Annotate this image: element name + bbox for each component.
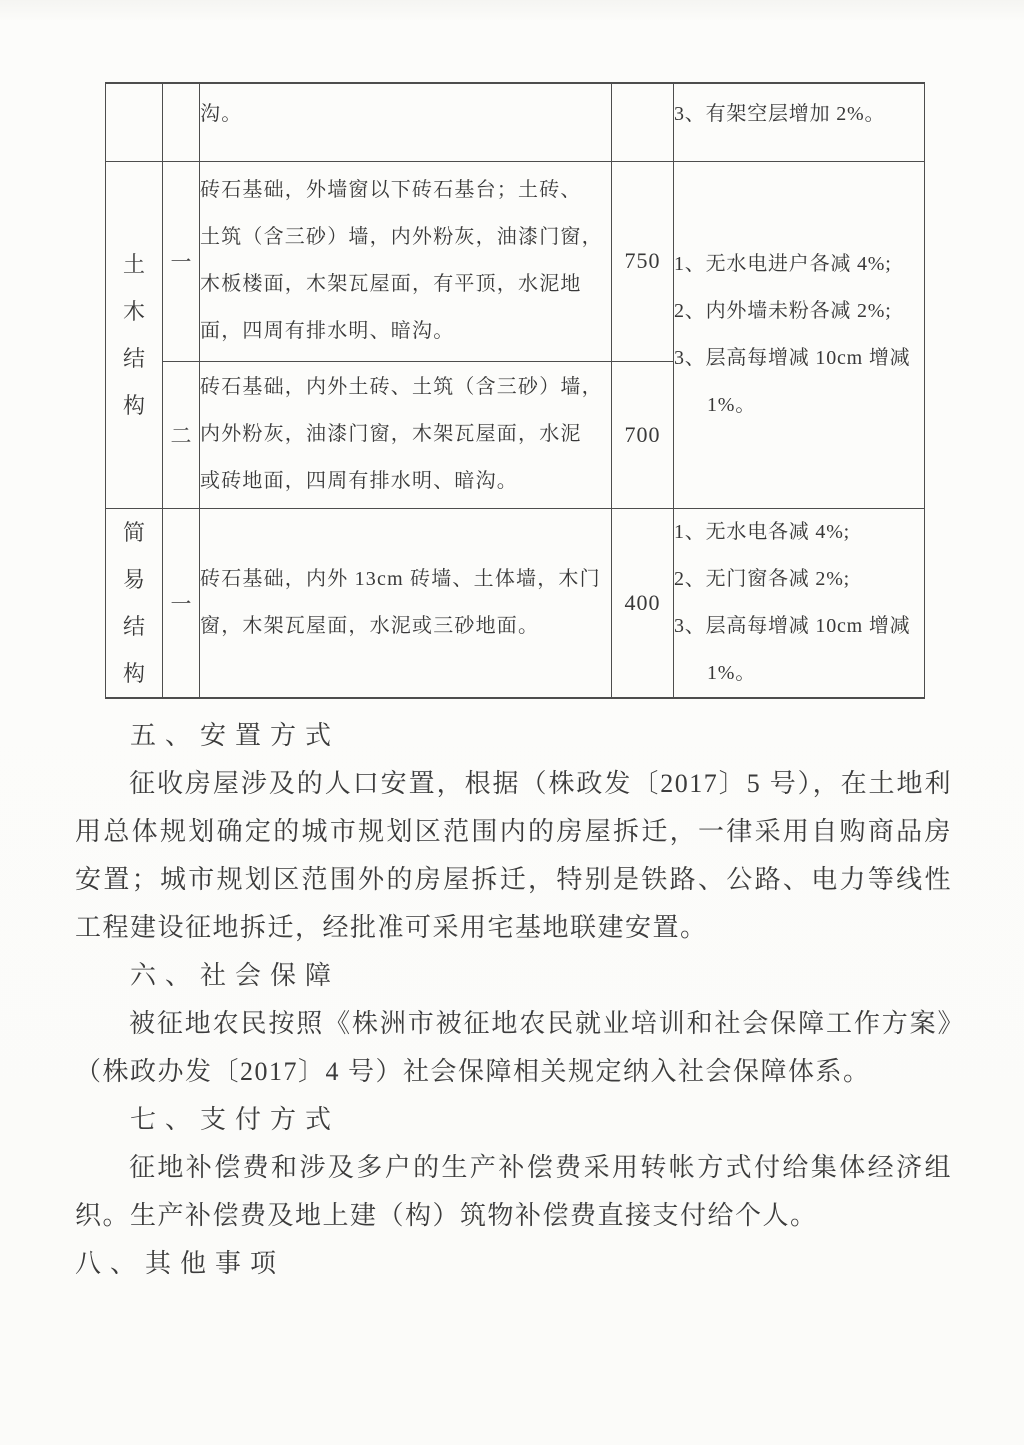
- desc-line: 内外粉灰，油漆门窗，木架瓦屋面，水泥: [200, 411, 611, 458]
- desc-line: 木板楼面，木架瓦屋面，有平顶，水泥地: [200, 261, 611, 308]
- compensation-table: 沟。 3、有架空层增加 2%。 土 木 结 构 一 砖石基础，外墙窗以下砖石基台…: [105, 82, 925, 699]
- cell-notes-jianyi: 1、无水电各减 4%; 2、无门窗各减 2%; 3、层高每增减 10cm 增减 …: [674, 508, 925, 698]
- section-heading-social-security: 六、社会保障: [75, 952, 952, 1000]
- cell-desc: 砖石基础，内外 13cm 砖墙、土体墙，木门 窗，木架瓦屋面，水泥或三砂地面。: [200, 508, 612, 698]
- cell-price-empty: [612, 83, 674, 161]
- note-line: 3、层高每增减 10cm 增减: [674, 603, 924, 650]
- cell-price: 750: [612, 161, 674, 361]
- table-row-continuation: 沟。 3、有架空层增加 2%。: [106, 83, 925, 161]
- desc-line: 面，四周有排水明、暗沟。: [200, 308, 611, 355]
- cell-desc-continuation: 沟。: [200, 83, 612, 161]
- desc-line: 砖石基础，内外土砖、土筑（含三砂）墙，: [200, 364, 611, 411]
- note-line: 3、有架空层增加 2%。: [674, 101, 924, 127]
- desc-line: 砖石基础，外墙窗以下砖石基台；土砖、: [200, 167, 611, 214]
- note-line: 1%。: [674, 382, 924, 429]
- note-line: 1、无水电各减 4%;: [674, 509, 924, 556]
- note-line: 1、无水电进户各减 4%;: [674, 241, 924, 288]
- desc-line: 或砖地面，四周有排水明、暗沟。: [200, 458, 611, 505]
- category-char: 构: [106, 382, 162, 429]
- cell-price: 700: [612, 361, 674, 508]
- paragraph-payment: 征地补偿费和涉及多户的生产补偿费采用转帐方式付给集体经济组织。生产补偿费及地上建…: [75, 1144, 952, 1240]
- note-line: 2、无门窗各减 2%;: [674, 556, 924, 603]
- desc-line: 窗，木架瓦屋面，水泥或三砂地面。: [200, 603, 611, 650]
- cell-desc: 砖石基础，内外土砖、土筑（含三砂）墙， 内外粉灰，油漆门窗，木架瓦屋面，水泥 或…: [200, 361, 612, 508]
- cell-category-empty: [106, 83, 163, 161]
- paragraph-social-security: 被征地农民按照《株洲市被征地农民就业培训和社会保障工作方案》（株政办发〔2017…: [75, 1000, 952, 1096]
- cell-notes-tumu: 1、无水电进户各减 4%; 2、内外墙未粉各减 2%; 3、层高每增减 10cm…: [674, 161, 925, 508]
- cell-category-jianyi: 简易 结构: [106, 508, 163, 698]
- category-char: 木: [106, 288, 162, 335]
- cell-notes-continuation: 3、有架空层增加 2%。: [674, 83, 925, 161]
- cell-price: 400: [612, 508, 674, 698]
- section-heading-placement: 五、安置方式: [75, 712, 952, 760]
- cell-class: 一: [163, 161, 200, 361]
- cell-class: 一: [163, 508, 200, 698]
- cell-category-tumu: 土 木 结 构: [106, 161, 163, 508]
- section-heading-other-matters: 八、其他事项: [75, 1240, 952, 1288]
- document-body-text: 五、安置方式 征收房屋涉及的人口安置，根据（株政发〔2017〕5 号），在土地利…: [75, 712, 952, 1288]
- scanned-document-page: 沟。 3、有架空层增加 2%。 土 木 结 构 一 砖石基础，外墙窗以下砖石基台…: [0, 0, 1024, 1445]
- category-line: 简易: [106, 509, 162, 603]
- cell-desc: 砖石基础，外墙窗以下砖石基台；土砖、 土筑（含三砂）墙，内外粉灰，油漆门窗， 木…: [200, 161, 612, 361]
- desc-line: 土筑（含三砂）墙，内外粉灰，油漆门窗，: [200, 214, 611, 261]
- category-char: 土: [106, 241, 162, 288]
- desc-line: 砖石基础，内外 13cm 砖墙、土体墙，木门: [200, 556, 611, 603]
- paragraph-placement: 征收房屋涉及的人口安置，根据（株政发〔2017〕5 号），在土地利用总体规划确定…: [75, 760, 952, 952]
- note-line: 2、内外墙未粉各减 2%;: [674, 288, 924, 335]
- cell-class: 二: [163, 361, 200, 508]
- category-line: 结构: [106, 603, 162, 697]
- cell-class-empty: [163, 83, 200, 161]
- desc-line: 沟。: [200, 101, 611, 127]
- note-line: 1%。: [674, 650, 924, 697]
- table-row-jianyi-1: 简易 结构 一 砖石基础，内外 13cm 砖墙、土体墙，木门 窗，木架瓦屋面，水…: [106, 508, 925, 698]
- table-row-tumu-1: 土 木 结 构 一 砖石基础，外墙窗以下砖石基台；土砖、 土筑（含三砂）墙，内外…: [106, 161, 925, 361]
- note-line: 3、层高每增减 10cm 增减: [674, 335, 924, 382]
- section-heading-payment: 七、支付方式: [75, 1096, 952, 1144]
- category-char: 结: [106, 335, 162, 382]
